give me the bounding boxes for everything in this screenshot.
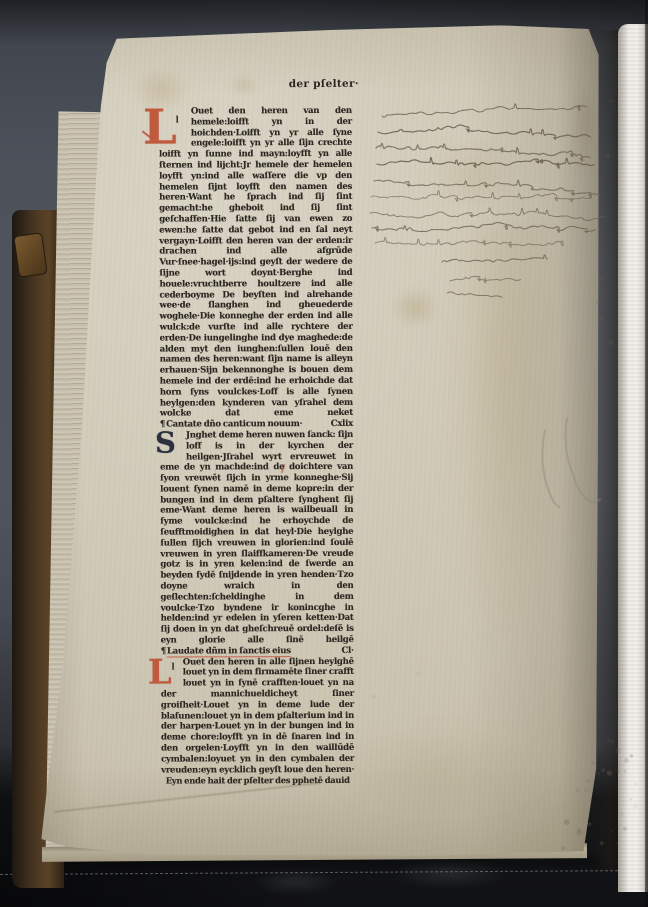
paragraph-mark: ¶	[161, 646, 166, 656]
cloth-smudge	[250, 870, 340, 894]
psalm-148-paragraph: LlOuet den heren van den hemele:loifft y…	[159, 106, 353, 420]
stain	[391, 288, 439, 328]
stain	[131, 66, 191, 112]
psalm-numeral: Cxlix	[331, 419, 353, 430]
manuscript-page: der pſelter· LlOuet den heren van den he…	[31, 25, 606, 867]
rubric-latin: Laudate dñm in ſanctis eius	[167, 646, 291, 658]
psalm-149-text: Jnghet deme heren nuwen ſanck: ſijn loff…	[160, 430, 354, 646]
psalm-150-paragraph: LlOuet den heren in alle ſijnen heylghē …	[161, 657, 354, 776]
paragraph-mark: ¶	[160, 420, 165, 430]
running-header: der pſelter·	[289, 78, 359, 90]
psalm-148-text: Ouet den heren van den hemele:loifft yn …	[159, 106, 353, 419]
text-column: LlOuet den heren van den hemele:loifft y…	[159, 106, 354, 787]
rubric-latin: Cantate dño canticum nouum·	[166, 419, 302, 429]
crease-line	[54, 782, 321, 813]
red-pen-mark	[281, 464, 286, 473]
psalm-149-paragraph: SJnghet deme heren nuwen ſanck: ſijn lof…	[160, 430, 354, 647]
rubric-psalm-149: ¶Cantate dño canticum nouum·Cxlix	[160, 419, 353, 430]
binding-clasp	[13, 232, 48, 278]
stain	[229, 74, 259, 96]
stain	[423, 135, 523, 215]
psalm-150-text: Ouet den heren in alle ſijnen heylghē lo…	[161, 657, 354, 776]
photograph-of-incunabulum-page: { "photo": { "background_color": "#4a4e5…	[0, 0, 648, 907]
rubric-psalm-150: ¶Laudate dñm in ſanctis eiusCl·	[161, 646, 354, 657]
red-lombard-initial: Ll	[148, 658, 180, 689]
guide-letter: l	[175, 116, 178, 125]
dark-lombard-initial: S	[155, 431, 183, 452]
fore-edge-page-block	[618, 24, 648, 892]
psalm-numeral: Cl·	[341, 646, 353, 657]
red-lombard-initial: Ll	[143, 107, 187, 149]
colophon: Eyn ende hait der pſelter des pphetē dau…	[161, 775, 354, 786]
stain	[571, 75, 597, 175]
red-pen-mark	[142, 131, 154, 141]
stain	[323, 725, 553, 816]
guide-letter: l	[171, 663, 174, 672]
water-stain	[435, 225, 567, 665]
